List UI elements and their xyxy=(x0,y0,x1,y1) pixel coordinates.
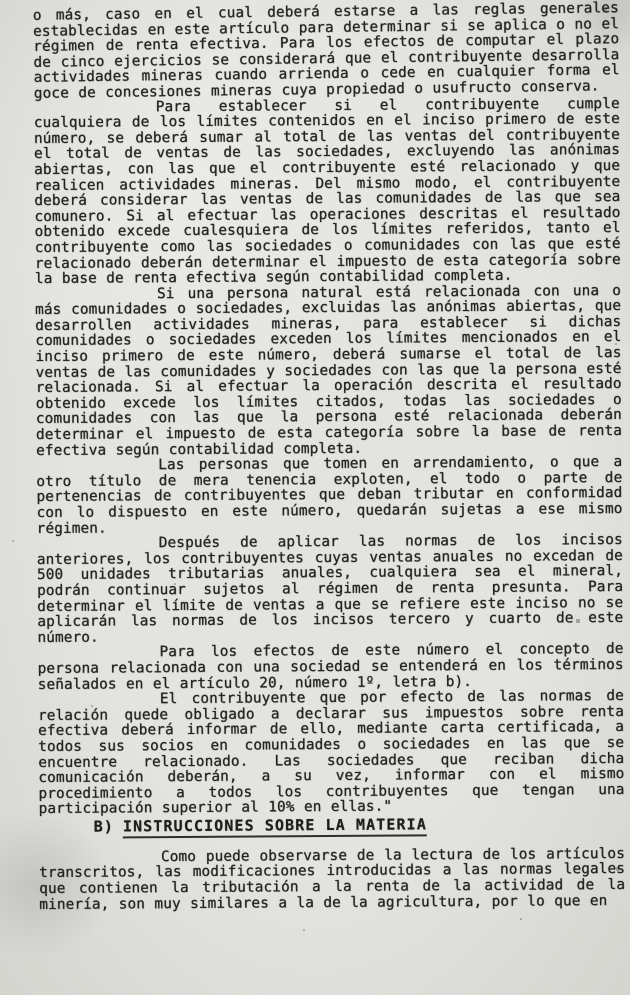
paragraph-3: Si una persona natural está relacionada … xyxy=(35,284,622,460)
paragraph-4: Las personas que tomen en arrendamiento,… xyxy=(36,455,623,537)
paragraph-7: El contribuyente que por efecto de las n… xyxy=(38,689,625,818)
paragraph-8: Como puede observarse de la lectura de l… xyxy=(39,847,625,913)
section-heading-label: B) xyxy=(94,817,114,835)
paragraph-2: Para establecer si el contribuyente cump… xyxy=(34,97,621,288)
document-page: o más, caso en el cual deberá estarse a … xyxy=(0,0,630,995)
paragraph-5: Después de aplicar las normas de los inc… xyxy=(37,533,624,646)
paragraph-continuation: o más, caso en el cual deberá estarse a … xyxy=(33,1,620,102)
section-heading: B)INSTRUCCIONES SOBRE LA MATERIA xyxy=(94,814,625,836)
page-content: o más, caso en el cual deberá estarse a … xyxy=(33,3,625,913)
scan-noise-speckles xyxy=(0,0,2,2)
section-heading-title: INSTRUCCIONES SOBRE LA MATERIA xyxy=(123,815,427,838)
paragraph-6: Para los efectos de este número el conce… xyxy=(37,642,623,693)
